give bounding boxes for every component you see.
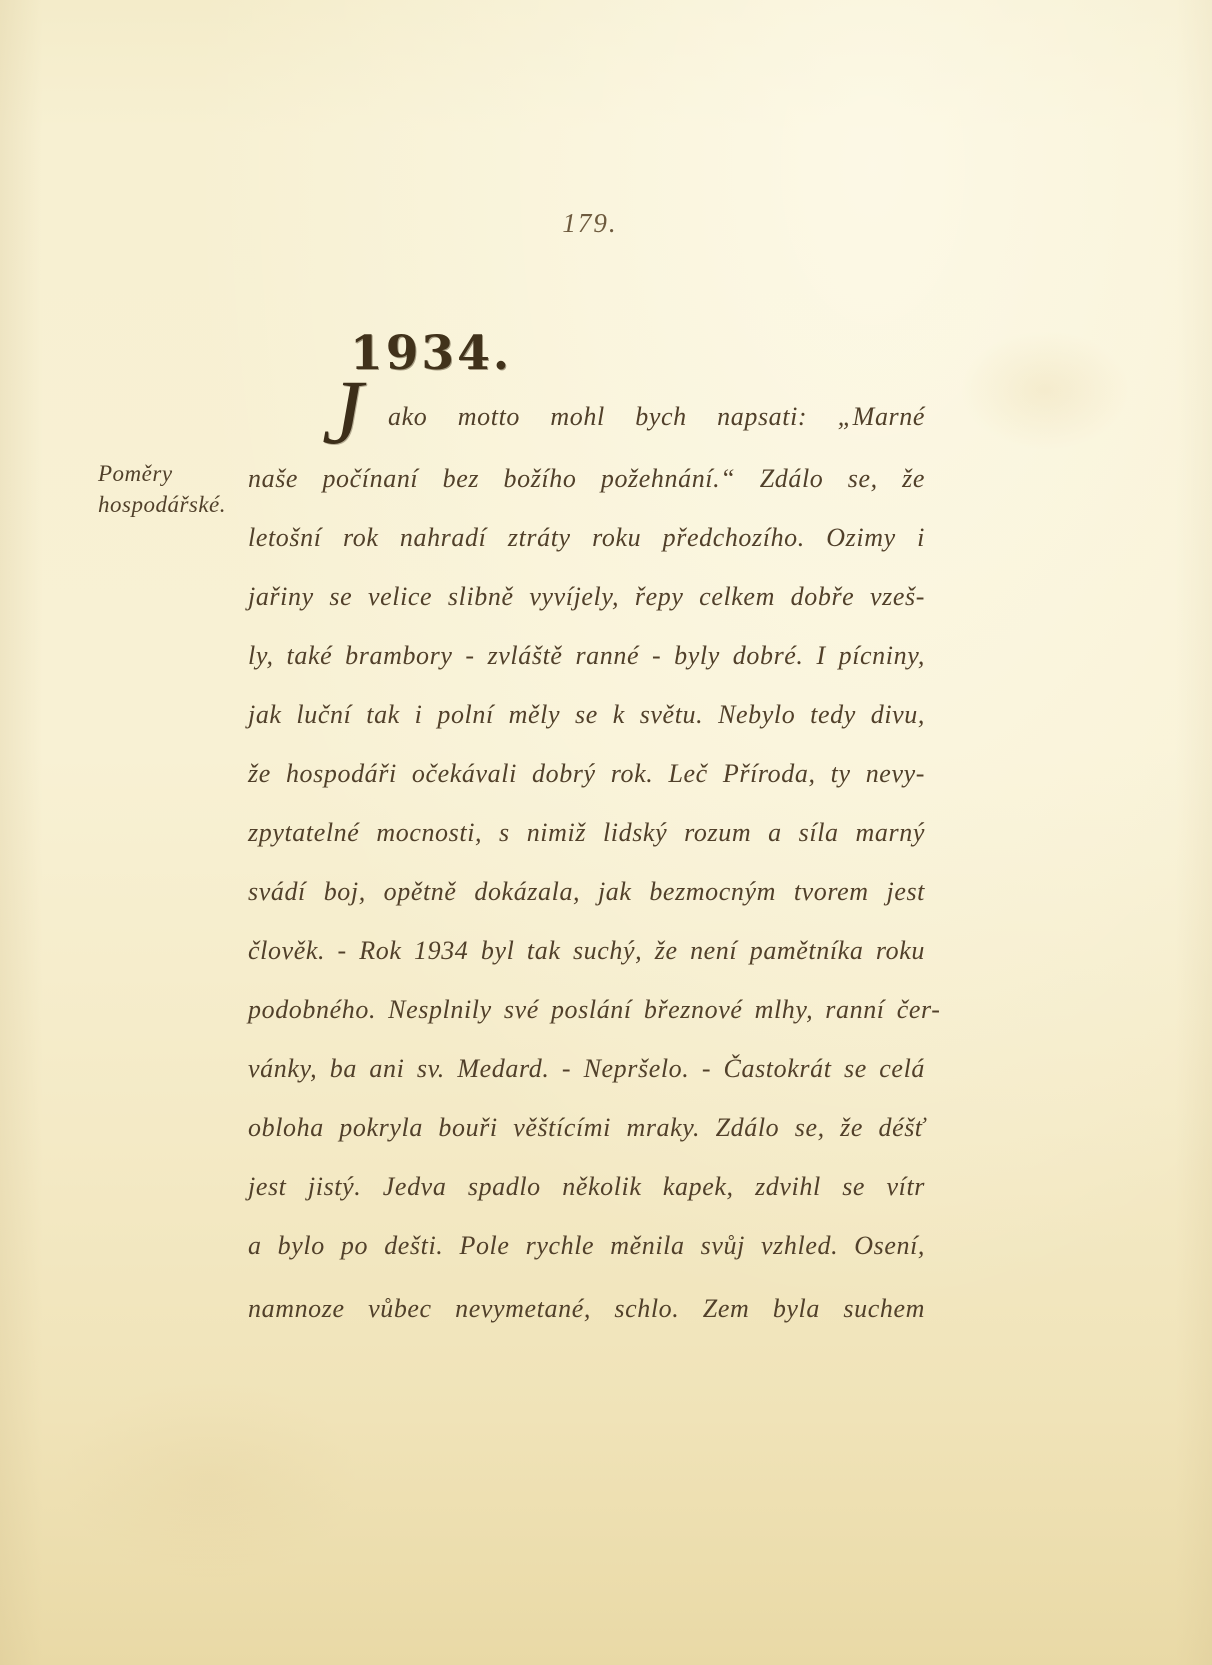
- manuscript-line: že hospodáři očekávali dobrý rok. Leč Př…: [248, 757, 925, 791]
- manuscript-line: jest jistý. Jedva spadlo několik kapek, …: [248, 1170, 925, 1204]
- paper-stain: [60, 1380, 360, 1580]
- paper-stain: [960, 330, 1130, 450]
- manuscript-line: svádí boj, opětně dokázala, jak bezmocný…: [248, 875, 925, 909]
- manuscript-line: jařiny se velice slibně vyvíjely, řepy c…: [248, 580, 925, 614]
- manuscript-line: naše počínaní bez božího požehnání.“ Zdá…: [248, 462, 925, 496]
- margin-note: Poměry hospodářské.: [98, 458, 268, 520]
- drop-cap-initial: J: [322, 366, 363, 458]
- manuscript-line: obloha pokryla bouři věštícími mraky. Zd…: [248, 1111, 925, 1145]
- manuscript-line: člověk. - Rok 1934 byl tak suchý, že nen…: [248, 934, 925, 968]
- manuscript-line: jak luční tak i polní měly se k světu. N…: [248, 698, 925, 732]
- manuscript-line: vánky, ba ani sv. Medard. - Nepršelo. - …: [248, 1052, 925, 1086]
- manuscript-line: podobného. Nesplnily své poslání březnov…: [248, 993, 925, 1027]
- manuscript-line: a bylo po dešti. Pole rychle měnila svůj…: [248, 1229, 925, 1263]
- page-number: 179.: [520, 208, 660, 239]
- year-heading: 1934.: [350, 326, 512, 381]
- manuscript-line: ako motto mohl bych napsati: „Marné: [388, 400, 925, 434]
- manuscript-line: namnoze vůbec nevymetané, schlo. Zem byl…: [248, 1292, 925, 1326]
- manuscript-line: ly, také brambory - zvláště ranné - byly…: [248, 639, 925, 673]
- manuscript-line: letošní rok nahradí ztráty roku předchoz…: [248, 521, 925, 555]
- margin-note-line: hospodářské.: [98, 489, 268, 520]
- manuscript-page: 179. 1934. Poměry hospodářské. J ako mot…: [0, 0, 1212, 1665]
- manuscript-line: zpytatelné mocnosti, s nimiž lidský rozu…: [248, 816, 925, 850]
- margin-note-line: Poměry: [98, 458, 268, 489]
